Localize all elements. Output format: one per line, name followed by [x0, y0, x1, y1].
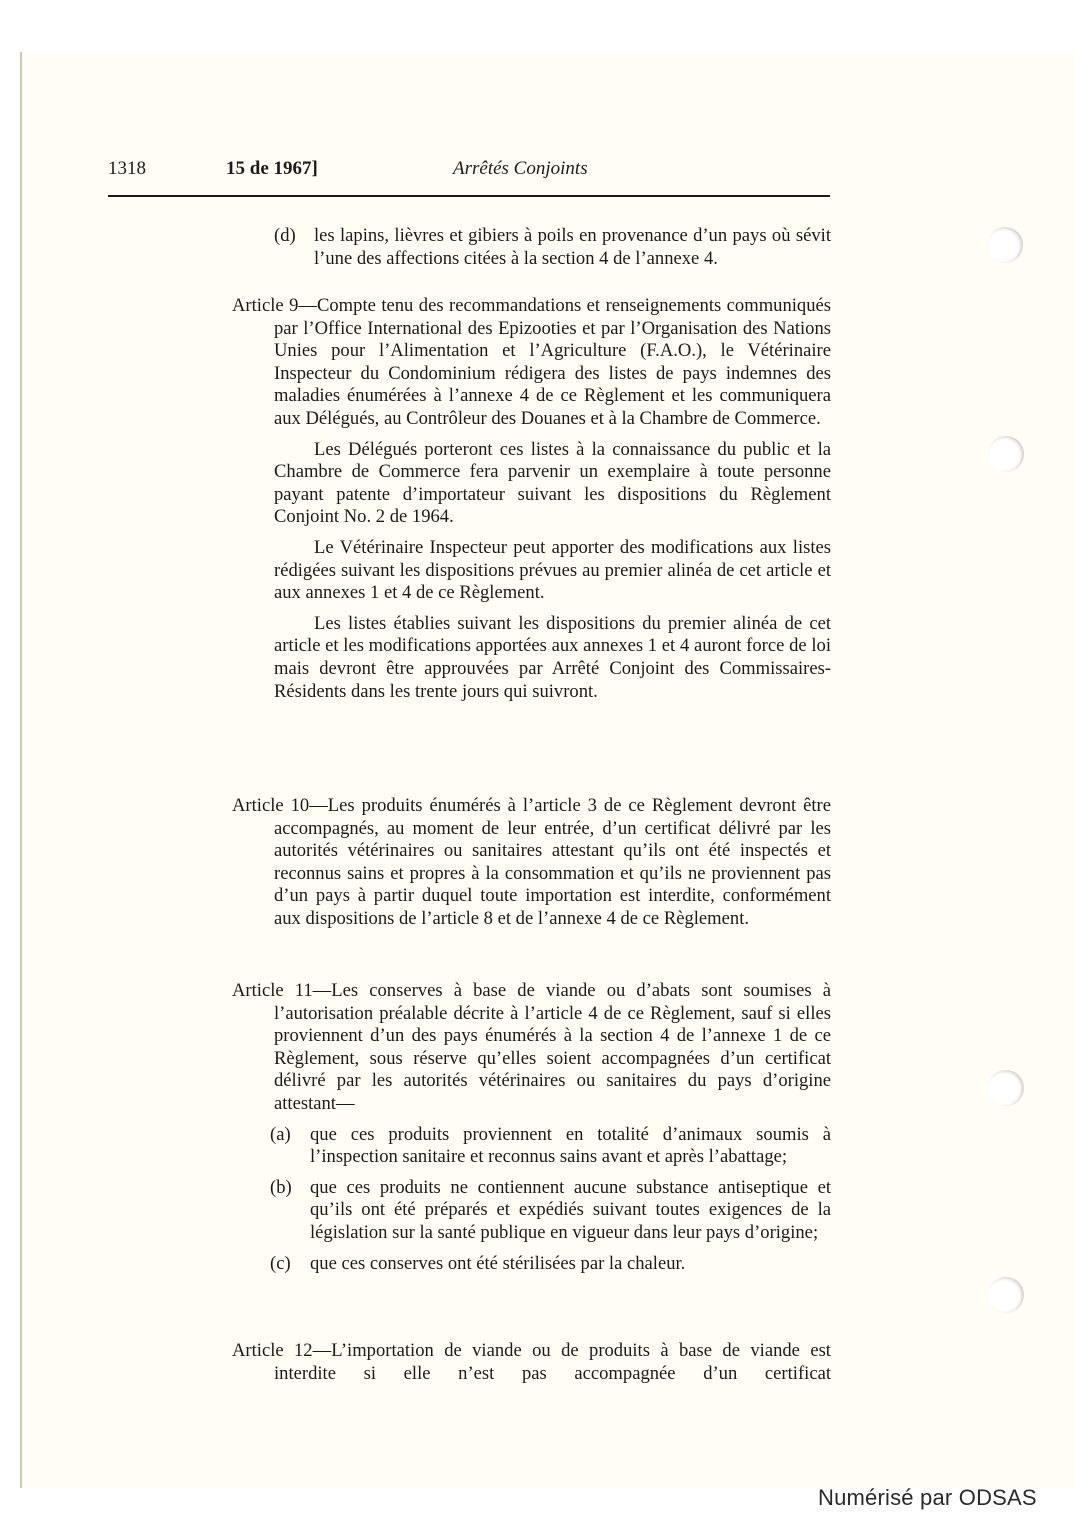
item-text: que ces conserves ont été stérilisées pa… — [310, 1253, 685, 1274]
article-heading: Article 11 — [232, 980, 313, 1001]
page-number: 1318 — [108, 157, 146, 181]
article-10: Article 10—Les produits énumérés à l’art… — [232, 795, 831, 931]
item-label: (b) — [270, 1177, 292, 1200]
item-d: (d) les lapins, lièvres et gibiers à poi… — [274, 225, 831, 270]
article-text: Les produits énumérés à l’article 3 de c… — [274, 795, 831, 929]
article-text: Compte tenu des recommandations et rense… — [274, 295, 831, 429]
item-text: que ces produits ne contiennent aucune s… — [310, 1177, 831, 1243]
section-title: Arrêtés Conjoints — [453, 157, 588, 181]
punch-hole-icon — [988, 1070, 1024, 1106]
paragraph: Le Vétérinaire Inspecteur peut apporter … — [274, 537, 831, 605]
item-label: (a) — [270, 1124, 291, 1147]
article-heading: Article 12 — [232, 1340, 313, 1361]
punch-hole-icon — [988, 436, 1024, 472]
article-heading: Article 9 — [232, 295, 298, 316]
item-label: (d) — [274, 225, 296, 248]
header-rule — [108, 195, 830, 197]
article-paragraph: Article 9—Compte tenu des recommandation… — [232, 295, 831, 431]
article-paragraph: Article 12—L’importation de viande ou de… — [232, 1340, 831, 1385]
article-subparagraphs: Les Délégués porteront ces listes à la c… — [232, 439, 831, 704]
article-12: Article 12—L’importation de viande ou de… — [232, 1340, 831, 1385]
article-paragraph: Article 11—Les conserves à base de viand… — [232, 980, 831, 1116]
paragraph: Les listes établies suivant les disposit… — [274, 613, 831, 703]
item-label: (c) — [270, 1253, 291, 1276]
list-item: (d) les lapins, lièvres et gibiers à poi… — [274, 225, 831, 270]
article-text: Les conserves à base de viande ou d’abat… — [274, 980, 831, 1114]
list-item: (b) que ces produits ne contiennent aucu… — [270, 1177, 831, 1245]
digitization-watermark: Numérisé par ODSAS — [818, 1485, 1037, 1511]
article-heading: Article 10 — [232, 795, 309, 816]
date-reference: 15 de 1967] — [226, 157, 318, 181]
article-11-items: (a) que ces produits proviennent en tota… — [232, 1124, 831, 1276]
list-item: (a) que ces produits proviennent en tota… — [270, 1124, 831, 1169]
item-text: que ces produits proviennent en totalité… — [310, 1124, 831, 1168]
paragraph: Les Délégués porteront ces listes à la c… — [274, 439, 831, 529]
article-paragraph: Article 10—Les produits énumérés à l’art… — [232, 795, 831, 931]
article-9: Article 9—Compte tenu des recommandation… — [232, 295, 831, 703]
article-text: L’importation de viande ou de produits à… — [274, 1340, 831, 1384]
running-header: 1318 15 de 1967] Arrêtés Conjoints — [108, 157, 830, 183]
item-text: les lapins, lièvres et gibiers à poils e… — [314, 225, 831, 269]
article-11: Article 11—Les conserves à base de viand… — [232, 980, 831, 1275]
list-item: (c) que ces conserves ont été stérilisée… — [270, 1253, 831, 1276]
punch-hole-icon — [988, 1277, 1024, 1313]
punch-hole-icon — [987, 227, 1023, 263]
